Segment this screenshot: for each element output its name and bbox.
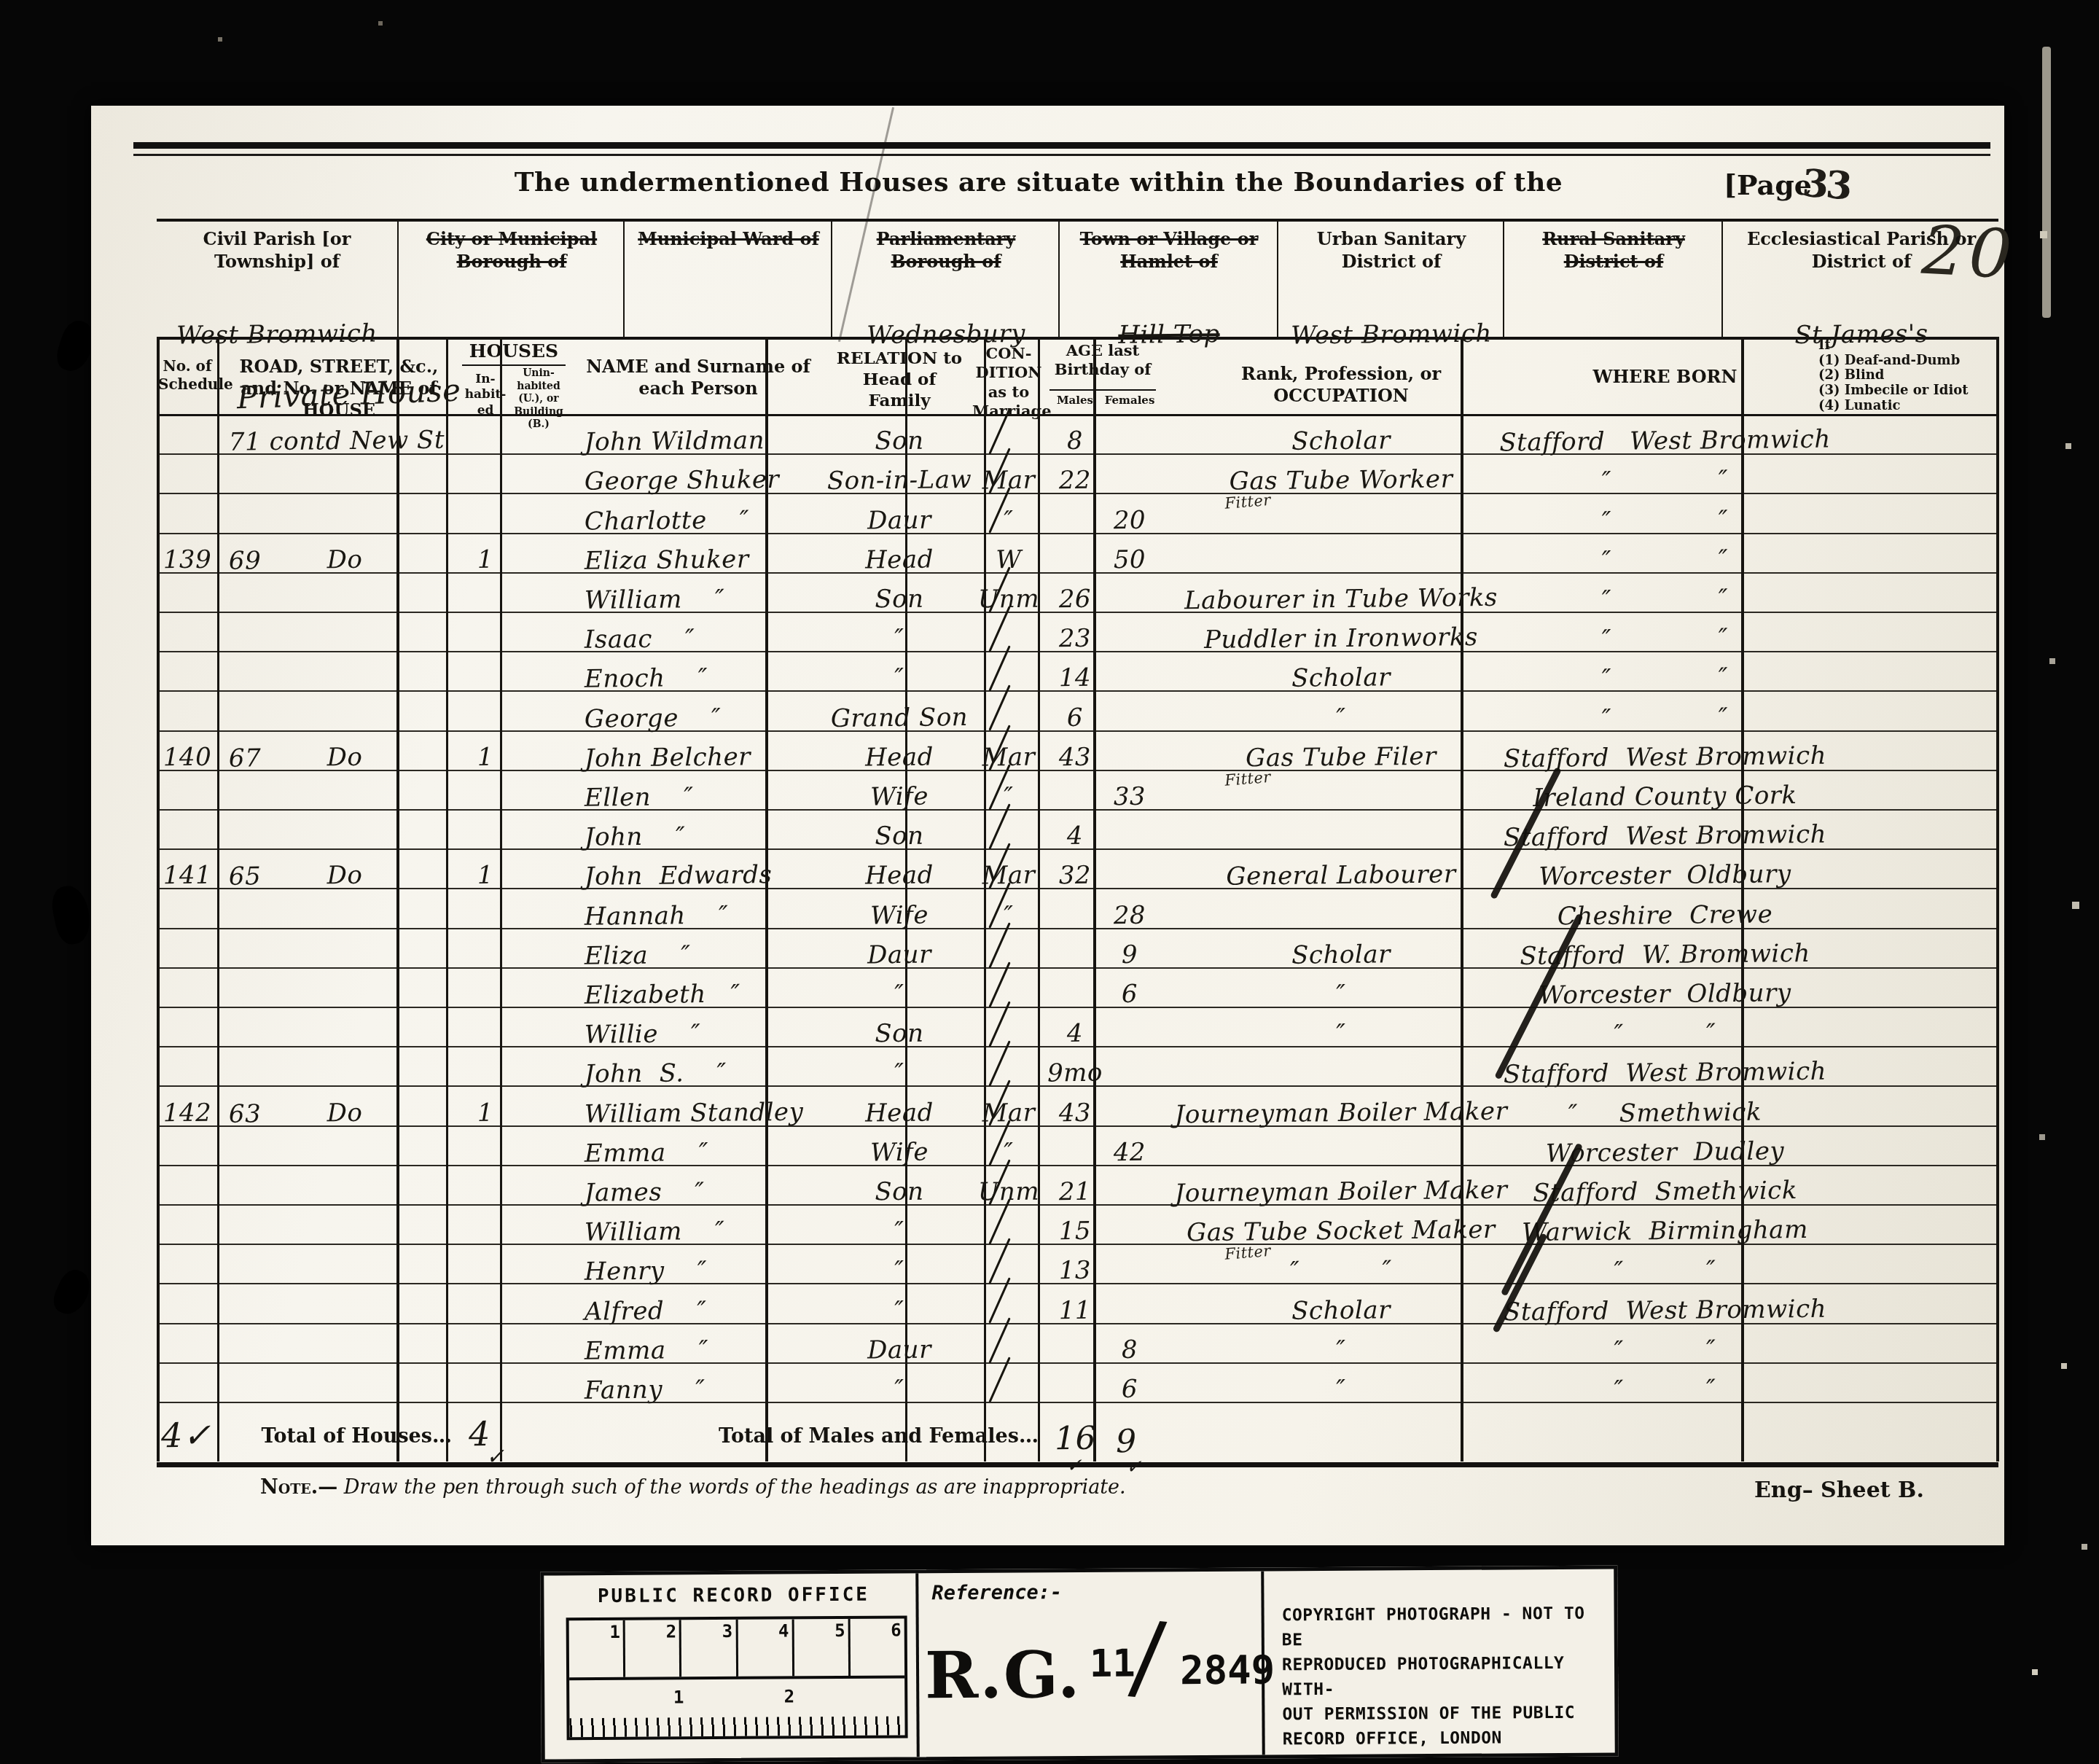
cell-rel: Head <box>831 744 968 770</box>
stamp-office-title: PUBLIC RECORD OFFICE <box>566 1583 901 1607</box>
cell-occ: Labourer in Tube Works <box>1159 585 1523 613</box>
table-column-line <box>157 337 160 1461</box>
footnote-label: Note.— <box>260 1476 337 1499</box>
cell-name: Emma ″ <box>568 1139 844 1166</box>
stamp-reference-label: Reference:- <box>931 1581 1062 1604</box>
cell-name: Isaac ″ <box>568 625 844 652</box>
cell-sched: 139 <box>158 547 216 572</box>
cell-born: Stafford West Bromwich <box>1526 744 1804 771</box>
cell-born: ″ ″ <box>1526 546 1804 574</box>
table-column-line <box>217 337 219 1461</box>
table-column-line <box>1996 337 1999 1461</box>
table-row: Emma ″Wife″42Worcester Dudley <box>157 1125 1998 1166</box>
boundary-label: Civil Parish [or Township] of <box>166 227 388 273</box>
table-column-line <box>1038 337 1040 1461</box>
stamp-piece: 11 <box>1090 1642 1136 1686</box>
condition-stroke <box>988 1278 1010 1324</box>
table-row: Emma ″Daur8″″ ″ <box>157 1323 1998 1364</box>
boundary-label: Urban Sanitary District of <box>1287 227 1495 273</box>
cell-name: William Standley <box>568 1099 844 1127</box>
cell-rel: Daur <box>831 1337 968 1363</box>
cell-ageF: 9 <box>1103 942 1156 967</box>
top-rule <box>133 154 1990 156</box>
cell-ageF: 8 <box>1103 1337 1156 1362</box>
cell-name: John Wildman <box>568 427 844 455</box>
pro-stamp: PUBLIC RECORD OFFICE 123456 1 2 Referenc… <box>540 1565 1619 1763</box>
header-relation: RELATION to Head of Family <box>834 348 964 411</box>
boundary-label: Town or Village or Hamlet of <box>1068 227 1270 273</box>
cell-occ: ″ <box>1159 1335 1523 1364</box>
page-label: [Page <box>1724 168 1812 201</box>
cell-occ: Journeyman Boiler Maker <box>1159 1098 1523 1127</box>
top-rule <box>133 142 1990 149</box>
condition-stroke <box>988 1041 1010 1087</box>
cell-occ: ″ <box>1159 1020 1523 1048</box>
header-infirmity: If (1) Deaf-and-Dumb (2) Blind (3) Imbec… <box>1818 338 1993 413</box>
cell-ageF: 50 <box>1103 547 1156 572</box>
table-row: Eliza ″Daur9ScholarStafford W. Bromwich <box>157 928 1998 969</box>
table-row: William ″″15Gas Tube Socket MakerFitterW… <box>157 1204 1998 1245</box>
cell-sched: 142 <box>158 1100 216 1125</box>
header-houses: HOUSES <box>462 340 566 362</box>
cell-born: ″ ″ <box>1526 467 1804 494</box>
stamp-copyright: COPYRIGHT PHOTOGRAPH - NOT TO BE REPRODU… <box>1281 1601 1614 1752</box>
cell-rel: ″ <box>831 1257 968 1284</box>
scan-speckles <box>0 0 3 3</box>
cell-rel: ″ <box>831 1297 968 1324</box>
cell-born: Stafford West Bromwich <box>1526 822 1804 850</box>
cell-name: John Belcher <box>568 744 844 771</box>
ruler-number: 2 <box>666 1621 677 1642</box>
condition-stroke <box>988 646 1010 692</box>
condition-stroke <box>988 685 1010 731</box>
cell-born: Ireland County Cork <box>1526 783 1804 811</box>
cell-born: Worcester Oldbury <box>1526 980 1804 1008</box>
cell-rel: Son <box>831 1020 968 1047</box>
stamp-slash: / <box>1127 1600 1170 1714</box>
table-row: 14263 Do1William StandleyHeadMar43Journe… <box>157 1085 1998 1126</box>
condition-stroke <box>988 1317 1010 1363</box>
cell-name: Fanny ″ <box>568 1375 844 1403</box>
boundary-label: Parliamentary Borough of <box>841 227 1050 273</box>
table-column-line <box>765 337 768 1461</box>
ruler-inch-row: 1 2 <box>569 1681 904 1737</box>
cell-rel: Son <box>831 823 968 849</box>
table-row: Charlotte ″Daur″20″ ″ <box>157 493 1998 534</box>
cell-name: Alfred ″ <box>568 1297 844 1324</box>
cell-born: Stafford West Bromwich <box>1526 427 1804 455</box>
table-row: John S. ″″9moStafford West Bromwich <box>157 1046 1998 1087</box>
boundary-box: Urban Sanitary District ofWest Bromwich <box>1277 222 1504 337</box>
cell-name: John Edwards <box>568 862 844 889</box>
cell-road: 67 Do <box>219 744 469 771</box>
page-number: 33 <box>1801 161 1850 208</box>
cell-rel: ″ <box>831 1218 968 1244</box>
census-scan: { "page": { "title": "The undermentioned… <box>0 0 2099 1764</box>
condition-stroke <box>988 1357 1010 1402</box>
table-row: Hannah ″Wife″28Cheshire Crewe <box>157 888 1998 929</box>
ruler-cell: 6 <box>850 1618 904 1675</box>
cell-born: ″ ″ <box>1526 625 1804 652</box>
cell-rel: Grand Son <box>831 705 968 731</box>
boundary-band: Civil Parish [or Township] ofWest Bromwi… <box>157 219 1998 340</box>
table-header: No. of Schedule ROAD, STREET, &c., and N… <box>157 337 1998 416</box>
header-occupation: Rank, Profession, or OCCUPATION <box>1173 363 1509 407</box>
boundary-label: Rural Sanitary District of <box>1513 227 1714 273</box>
table-row: Ellen ″Wife″33Ireland County Cork <box>157 770 1998 811</box>
table-column-line <box>905 337 907 1461</box>
cell-rel: Head <box>831 547 968 573</box>
cell-born: Stafford Smethwick <box>1526 1178 1804 1206</box>
cell-rel: Wife <box>831 784 968 810</box>
cell-born: Warwick Birmingham <box>1526 1217 1804 1245</box>
condition-stroke <box>988 803 1010 849</box>
table-row: Willie ″Son4″″ ″ <box>157 1007 1998 1047</box>
cell-born: ″ ″ <box>1526 585 1804 613</box>
table-row: William ″SonUnm26Labourer in Tube Works″… <box>157 572 1998 613</box>
cell-name: William ″ <box>568 585 844 613</box>
table-row: Henry ″″13″ ″″ ″ <box>157 1244 1998 1284</box>
cell-ageF: 42 <box>1103 1139 1156 1165</box>
boundary-label: City or Municipal Borough of <box>407 227 615 273</box>
cell-occ: Puddler in Ironworks <box>1159 625 1523 653</box>
cell-rel: ″ <box>831 1376 968 1402</box>
cell-occ: Scholar <box>1159 1296 1523 1324</box>
cell-name: Charlotte ″ <box>568 507 844 534</box>
ruler-cm-row: 123456 <box>569 1618 904 1680</box>
table-row: George ″Grand Son6″″ ″ <box>157 690 1998 731</box>
cell-road: 69 Do <box>219 546 469 574</box>
cell-cond: ″ <box>971 507 1047 533</box>
ruler-cell: 4 <box>738 1619 794 1676</box>
condition-stroke <box>988 1238 1010 1284</box>
cell-name: William ″ <box>568 1217 844 1245</box>
cell-ageF: 20 <box>1103 507 1156 533</box>
cell-rel: Head <box>831 862 968 889</box>
totals-females-value: 9 <box>1116 1426 1137 1458</box>
condition-stroke <box>988 961 1010 1007</box>
table-row: James ″SonUnm21Journeyman Boiler MakerSt… <box>157 1165 1998 1206</box>
cell-rel: Wife <box>831 1139 968 1166</box>
cell-name: John ″ <box>568 822 844 850</box>
totals-schedule-mark: 4✓ <box>161 1418 211 1453</box>
cell-born: Worcester Oldbury <box>1526 862 1804 889</box>
cell-rel: Daur <box>831 942 968 968</box>
table-row: George ShukerSon-in-LawMar22Gas Tube Wor… <box>157 453 1998 494</box>
cell-born: Cheshire Crewe <box>1526 902 1804 929</box>
cell-road: 63 Do <box>219 1099 469 1127</box>
cell-occ: ″ <box>1159 980 1523 1008</box>
cell-born: ″ Smethwick <box>1526 1099 1804 1127</box>
cell-rel: Wife <box>831 902 968 929</box>
cell-occ: ″ <box>1159 1375 1523 1403</box>
boundary-box: Rural Sanitary District of <box>1503 222 1723 337</box>
cell-name: Emma ″ <box>568 1336 844 1364</box>
ruler-number: 5 <box>834 1620 845 1641</box>
ruler-number: 6 <box>891 1620 902 1640</box>
stamp-number: 2849 <box>1180 1647 1275 1693</box>
ruler-cell: 1 <box>569 1620 626 1677</box>
table-row: John ″Son4Stafford West Bromwich <box>157 809 1998 850</box>
cell-rel: Head <box>831 1100 968 1126</box>
ruler-cell: 3 <box>681 1620 738 1677</box>
condition-stroke <box>988 408 1010 454</box>
cell-occ: Gas Tube FilerFitter <box>1159 743 1523 771</box>
cell-name: Eliza Shuker <box>568 546 844 574</box>
table-column-line <box>396 337 399 1461</box>
boundary-box: Parliamentary Borough ofWednesbury <box>831 222 1060 337</box>
table-column-line <box>1093 337 1096 1461</box>
table-column-line <box>500 337 502 1461</box>
cell-name: George ″ <box>568 704 844 732</box>
ruler-inch-label: 1 <box>673 1687 684 1707</box>
cell-born: ″ ″ <box>1526 1257 1804 1284</box>
cell-born: Stafford West Bromwich <box>1526 1059 1804 1087</box>
binding-mark <box>48 883 95 947</box>
header-females: Females <box>1103 394 1156 407</box>
cell-born: ″ ″ <box>1526 1375 1804 1403</box>
cell-rel: Son <box>831 586 968 612</box>
cell-born: ″ ″ <box>1526 704 1804 732</box>
header-born: WHERE BORN <box>1533 366 1797 388</box>
stamp-divider <box>915 1573 920 1757</box>
cell-rel: Son-in-Law <box>831 467 968 493</box>
cell-occ: ″ <box>1159 703 1523 732</box>
ruler-cell: 2 <box>625 1620 682 1677</box>
cell-born: Stafford West Bromwich <box>1526 1297 1804 1324</box>
boundary-box: Municipal Ward of <box>623 222 832 337</box>
cell-name: Henry ″ <box>568 1257 844 1284</box>
ruler-inch-label: 2 <box>784 1686 795 1706</box>
cell-rel: ″ <box>831 625 968 652</box>
cell-occ: General Labourer <box>1159 862 1523 890</box>
cell-road: 65 Do <box>219 862 469 890</box>
cell-rel: ″ <box>831 981 968 1007</box>
table-row: 13969 Do1Eliza ShukerHeadW50″ ″ <box>157 533 1998 574</box>
cell-name: Elizabeth ″ <box>568 980 844 1008</box>
condition-stroke <box>988 922 1010 968</box>
cell-occ: Gas Tube WorkerFitter <box>1159 467 1523 495</box>
table-row: Fanny ″″6″″ ″ <box>157 1362 1998 1403</box>
condition-stroke <box>988 606 1010 652</box>
cell-occ: Scholar <box>1159 427 1523 456</box>
cell-name: Eliza ″ <box>568 941 844 969</box>
table-row: Isaac ″″23Puddler in Ironworks″ ″ <box>157 612 1998 652</box>
table-row: Alfred ″″11ScholarStafford West Bromwich <box>157 1283 1998 1324</box>
cell-road: 71 contd New St <box>219 427 469 455</box>
cell-occ: Gas Tube Socket MakerFitter <box>1159 1217 1523 1246</box>
header-age: AGE last Birthday of <box>1051 341 1154 380</box>
cell-name: George Shuker <box>568 467 844 494</box>
cell-rel: ″ <box>831 1060 968 1086</box>
table-column-line <box>984 337 986 1461</box>
totals-females-check: ✓ <box>1126 1458 1143 1477</box>
cell-occ: ″ ″ <box>1159 1257 1523 1285</box>
stamp-ruler: 123456 1 2 <box>566 1615 908 1740</box>
condition-stroke <box>988 1001 1010 1047</box>
table-row: Enoch ″″14Scholar″ ″ <box>157 651 1998 692</box>
cell-born: ″ ″ <box>1526 664 1804 692</box>
cell-name: Ellen ″ <box>568 783 844 811</box>
cell-name: Willie ″ <box>568 1020 844 1047</box>
totals-houses-label: Total of Houses… <box>219 1425 452 1448</box>
footnote: Note.— Draw the pen through such of the … <box>260 1476 1126 1499</box>
cell-born: ″ ″ <box>1526 1020 1804 1047</box>
totals-males-check: ✓ <box>1066 1456 1083 1475</box>
binding-mark <box>49 1265 95 1319</box>
ruler-number: 1 <box>609 1622 620 1642</box>
cell-sched: 140 <box>158 744 216 770</box>
totals-row: 4✓ Total of Houses… 4 ✓ Total of Males a… <box>157 1402 1998 1467</box>
paper-edge-highlight <box>2042 47 2051 318</box>
condition-stroke <box>988 1198 1010 1244</box>
totals-males-value: 16 <box>1055 1423 1096 1456</box>
cell-occ: Scholar <box>1159 664 1523 692</box>
table-row: 14067 Do1John BelcherHeadMar43Gas Tube F… <box>157 730 1998 771</box>
table-row: 71 contd New StJohn WildmanSon8ScholarSt… <box>157 414 1998 455</box>
cell-rel: Daur <box>831 507 968 534</box>
stamp-series: R.G. <box>925 1636 1082 1713</box>
ruler-number: 3 <box>722 1621 733 1642</box>
road-annotation: Private House <box>236 375 461 414</box>
boundary-box: Ecclesiastical Parish or District ofSt J… <box>1721 222 2000 337</box>
cell-ageF: 28 <box>1103 902 1156 928</box>
header-schedule: No. of Schedule <box>158 357 216 394</box>
ruler-cell: 5 <box>794 1619 851 1676</box>
cell-ageF: 6 <box>1103 1377 1156 1402</box>
paper: The undermentioned Houses are situate wi… <box>91 106 2004 1545</box>
cell-name: Enoch ″ <box>568 664 844 692</box>
cell-rel: Son <box>831 1179 968 1205</box>
header-name: NAME and Surname of each Person <box>576 356 821 399</box>
table-row: 14165 Do1John EdwardsHeadMar32General La… <box>157 848 1998 889</box>
table-column-line <box>1741 337 1744 1461</box>
cell-occ: Scholar <box>1159 940 1523 969</box>
cell-ageF: 6 <box>1103 982 1156 1007</box>
cell-rel: Son <box>831 428 968 454</box>
boundary-label: Municipal Ward of <box>633 227 824 250</box>
boundary-label: Ecclesiastical Parish or District of <box>1734 227 1989 273</box>
page-title: The undermentioned Houses are situate wi… <box>310 167 1767 198</box>
sheet-label: Eng– Sheet B. <box>1754 1478 1924 1503</box>
cell-born: ″ ″ <box>1526 507 1804 534</box>
cell-born: ″ ″ <box>1526 1336 1804 1364</box>
table-column-line <box>446 337 448 1461</box>
boundary-box: Civil Parish [or Township] ofWest Bromwi… <box>157 222 397 337</box>
cell-occ: Journeyman Boiler Maker <box>1159 1177 1523 1206</box>
table-row: Elizabeth ″″6″Worcester Oldbury <box>157 967 1998 1008</box>
footnote-text: Draw the pen through such of the words o… <box>344 1476 1126 1499</box>
boundary-box: City or Municipal Borough of <box>397 222 625 337</box>
cell-rel: ″ <box>831 665 968 691</box>
cell-sched: 141 <box>158 863 216 889</box>
table-column-line <box>1461 337 1463 1461</box>
cell-name: Hannah ″ <box>568 902 844 929</box>
cell-ageF: 33 <box>1103 784 1156 810</box>
cell-name: John S. ″ <box>568 1059 844 1087</box>
cell-name: James ″ <box>568 1178 844 1206</box>
boundary-box: Town or Village or Hamlet ofHill Top <box>1058 222 1278 337</box>
ruler-number: 4 <box>778 1620 789 1641</box>
